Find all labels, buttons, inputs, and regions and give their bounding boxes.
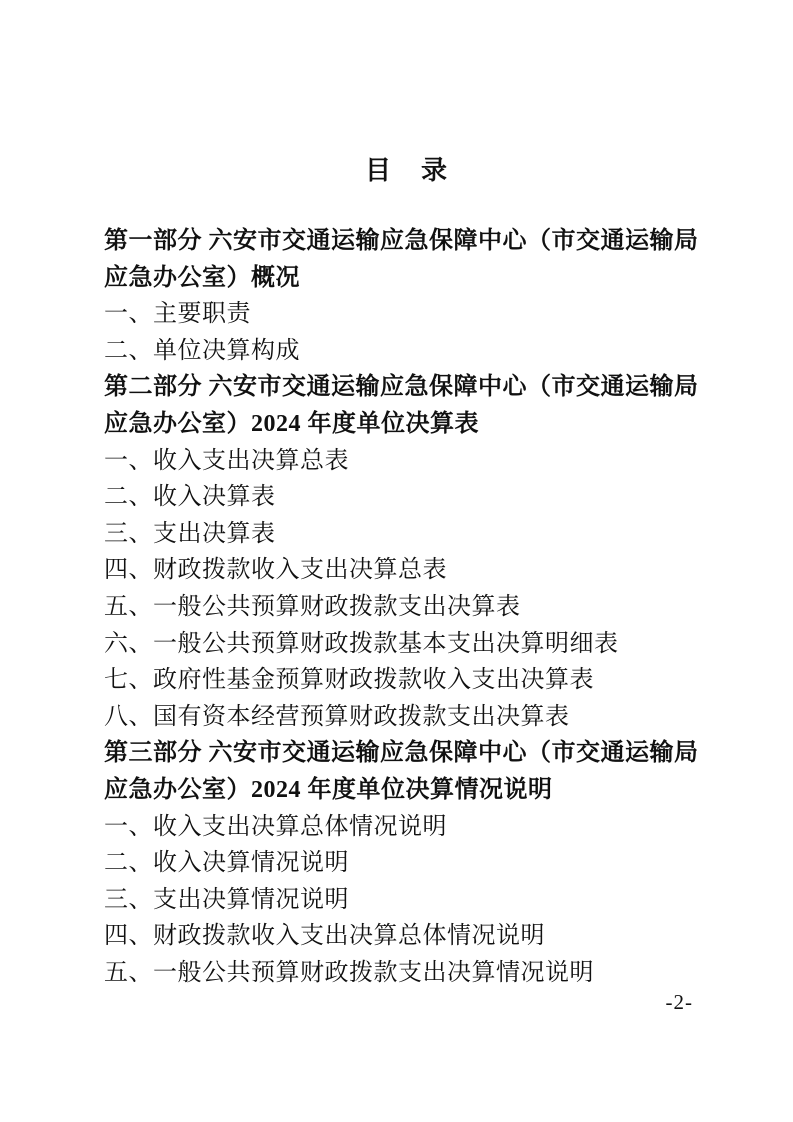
section-3-item-2: 二、收入决算情况说明 (104, 845, 710, 882)
section-2-item-2: 二、收入决算表 (104, 479, 710, 516)
page-number: -2- (666, 990, 694, 1015)
section-3-heading-line-2: 应急办公室）2024 年度单位决算情况说明 (104, 772, 710, 809)
section-2-item-1: 一、收入支出决算总表 (104, 443, 710, 480)
section-2-item-3: 三、支出决算表 (104, 516, 710, 553)
section-2-item-4: 四、财政拨款收入支出决算总表 (104, 552, 710, 589)
section-3-heading-line-1: 第三部分 六安市交通运输应急保障中心（市交通运输局 (104, 735, 710, 772)
section-3-item-1: 一、收入支出决算总体情况说明 (104, 809, 710, 846)
section-3-item-5: 五、一般公共预算财政拨款支出决算情况说明 (104, 955, 710, 992)
section-1-heading-line-1: 第一部分 六安市交通运输应急保障中心（市交通运输局 (104, 223, 710, 260)
section-3-item-3: 三、支出决算情况说明 (104, 882, 710, 919)
document-page: 目 录 第一部分 六安市交通运输应急保障中心（市交通运输局 应急办公室）概况 一… (0, 0, 793, 1122)
section-2-item-6: 六、一般公共预算财政拨款基本支出决算明细表 (104, 626, 710, 663)
section-2-heading-line-2: 应急办公室）2024 年度单位决算表 (104, 406, 710, 443)
section-1-item-1: 一、主要职责 (104, 296, 710, 333)
section-2-heading-line-1: 第二部分 六安市交通运输应急保障中心（市交通运输局 (104, 369, 710, 406)
section-2-item-5: 五、一般公共预算财政拨款支出决算表 (104, 589, 710, 626)
section-1-heading-line-2: 应急办公室）概况 (104, 260, 710, 297)
section-2-item-8: 八、国有资本经营预算财政拨款支出决算表 (104, 699, 710, 736)
section-3-item-4: 四、财政拨款收入支出决算总体情况说明 (104, 918, 710, 955)
page-title: 目 录 (104, 152, 710, 189)
section-1-item-2: 二、单位决算构成 (104, 333, 710, 370)
table-of-contents: 目 录 第一部分 六安市交通运输应急保障中心（市交通运输局 应急办公室）概况 一… (104, 152, 710, 991)
section-2-item-7: 七、政府性基金预算财政拨款收入支出决算表 (104, 662, 710, 699)
